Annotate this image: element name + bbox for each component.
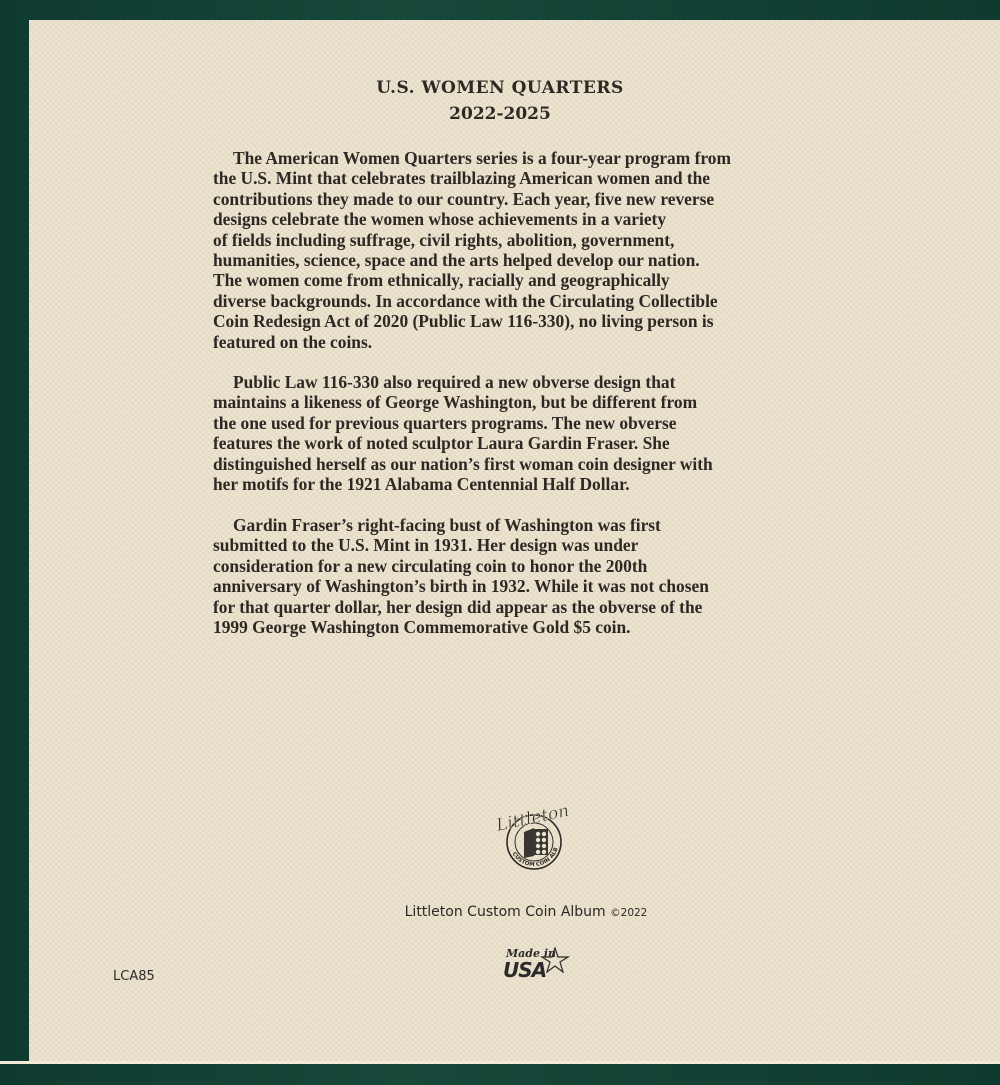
paragraph-history: Gardin Fraser’s right-facing bust of Was…	[213, 515, 853, 637]
star-icon	[540, 947, 570, 973]
copyright: ©2022	[610, 907, 647, 919]
coin-album-icon: CUSTOM COIN ALBUM Littleton	[490, 800, 574, 872]
littleton-logo: CUSTOM COIN ALBUM Littleton	[490, 800, 574, 872]
page-title: U.S. WOMEN QUARTERS	[0, 78, 1000, 98]
publisher-name: Littleton Custom Coin Album	[405, 904, 606, 920]
page-bottom-edge	[0, 1061, 1000, 1064]
page-subtitle-years: 2022-2025	[0, 104, 1000, 124]
made-in-usa-badge: Made in USA	[502, 947, 574, 987]
publisher-line: Littleton Custom Coin Album ©2022	[0, 904, 1000, 920]
paragraph-text: The American Women Quarters series is a …	[213, 148, 853, 352]
paragraph-text: Gardin Fraser’s right-facing bust of Was…	[213, 515, 853, 637]
product-code: LCA85	[113, 969, 155, 984]
paragraph-intro: The American Women Quarters series is a …	[213, 148, 853, 352]
paragraph-text: Public Law 116-330 also required a new o…	[213, 372, 853, 494]
paragraph-obverse: Public Law 116-330 also required a new o…	[213, 372, 853, 494]
